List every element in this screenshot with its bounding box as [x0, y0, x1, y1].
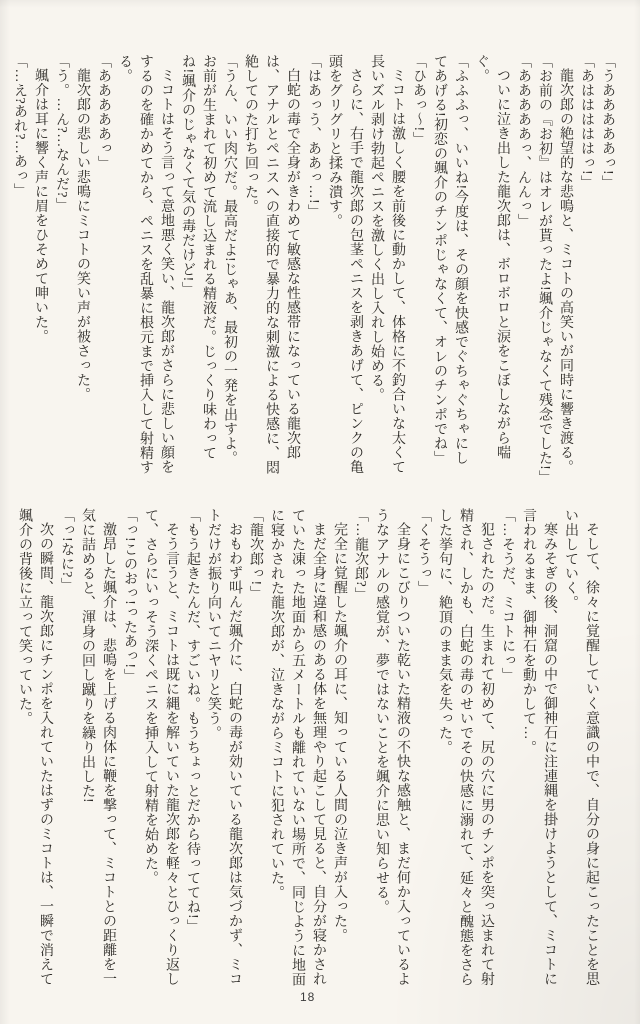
paragraph: そう言うと、ミコトは既に縄を解いていた龍次郎を軽々とひっくり返して、さらにいっそ… — [140, 508, 182, 990]
paragraph: 「うん、いい肉穴だ。最高だよ!じゃあ、最初の一発を出すよ。お前が生まれて初めて流… — [177, 54, 240, 478]
paragraph: 全身にこびりついた乾いた精液の不快な感触と、まだ何か入っているようなアナルの感覚… — [371, 508, 413, 990]
paragraph: 颯介は耳に響く声に眉をひそめて呻いた。 — [30, 54, 51, 478]
paragraph: まだ全身に違和感のある体を無理やり起こして見ると、自分が寝かされていた凍った地面… — [266, 508, 329, 990]
paragraph: 次の瞬間、龍次郎にチンポを入れていたはずのミコトは、一瞬で消えて颯介の背後に立っ… — [14, 508, 56, 990]
paragraph: ミコトは激しく腰を前後に動かして、体格に不釣合いな太くて長いズル剥け勃起ペニスを… — [366, 54, 408, 478]
paragraph: 「あああああっ、んんっ」 — [513, 54, 534, 478]
paragraph: 「あはははははっ!」 — [576, 54, 597, 478]
paragraph: 激昂した颯介は、悲鳴を上げる肉体に鞭を撃って、ミコトとの距離を一気に詰めると、渾… — [77, 508, 119, 990]
paragraph: 「くそうっ」 — [413, 508, 434, 990]
paragraph: 「ふふふっ、いいね!今度は、その顔を快感でぐちゃぐちゃにしてあげる!初恋の颯介の… — [429, 54, 471, 478]
paragraph: 「っ!なに?」 — [56, 508, 77, 990]
paragraph: 「はあっう、ああっ…!」 — [303, 54, 324, 478]
paragraph: 「…龍次郎?」 — [350, 508, 371, 990]
paragraph: 「…そうだ、ミコトにっ」 — [497, 508, 518, 990]
paragraph: さらに、右手で龍次郎の包茎ペニスを剥きあげて、ピンクの亀頭をグリグリと揉み潰す。 — [324, 54, 366, 478]
paragraph: 「もう起きたんだ、すごいね。もうちょっとだから待っててね!」 — [182, 508, 203, 990]
page-number: 18 — [300, 990, 315, 1004]
paragraph: 「お前の『お初』はオレが貰ったよ!颯介じゃなくて残念でした!」 — [534, 54, 555, 478]
paragraph: 犯されたのだ。生まれて初めて、尻の穴に男のチンポを突っ込まれて射精され、しかも、… — [434, 508, 497, 990]
paragraph: 龍次郎の悲しい悲鳴にミコトの笑い声が被さった。 — [72, 54, 93, 478]
text-block-bottom: そして、徐々に覚醒していく意識の中で、自分の身に起こったことを思い出していく。 … — [20, 508, 602, 990]
paragraph: 寒みそぎの後、洞窟の中で御神石に注連縄を掛けようとして、ミコトに言われるまま、御… — [518, 508, 560, 990]
paragraph: 「ひあっ〜!」 — [408, 54, 429, 478]
paragraph: 「…え?あれ?…あっ」 — [9, 54, 30, 478]
paragraph: 完全に覚醒した颯介の耳に、知っている人間の泣き声が入った。 — [329, 508, 350, 990]
paragraph: おもわず叫んだ颯介に、白蛇の毒が効いている龍次郎は気づかず、ミコトだけが振り向い… — [203, 508, 245, 990]
paragraph: ついに泣き出した龍次郎は、ボロボロと涙をこぼしながら喘ぐ。 — [471, 54, 513, 478]
paragraph: ミコトはそう言って意地悪く笑い、龍次郎がさらに悲しい顔をするのを確かめてから、ペ… — [114, 54, 177, 478]
paragraph: 「う。…ん?…なんだ?」 — [51, 54, 72, 478]
paragraph: 「っ!このおっ!ったあっ!」 — [119, 508, 140, 990]
paragraph: 「龍次郎っ!」 — [245, 508, 266, 990]
text-block-top: 「うあああああっ!」 「あはははははっ!」 龍次郎の絶望的な悲鳴と、ミコトの高笑… — [20, 54, 618, 478]
paragraph: 白蛇の毒で全身がきわめて敏感な性感帯になっている龍次郎は、アナルとペニスへの直接… — [240, 54, 303, 478]
scanned-book-page: 「うあああああっ!」 「あはははははっ!」 龍次郎の絶望的な悲鳴と、ミコトの高笑… — [0, 0, 640, 1024]
paragraph: 「あああああっ」 — [93, 54, 114, 478]
paragraph: 「うあああああっ!」 — [597, 54, 618, 478]
paragraph: 龍次郎の絶望的な悲鳴と、ミコトの高笑いが同時に響き渡る。 — [555, 54, 576, 478]
paragraph: そして、徐々に覚醒していく意識の中で、自分の身に起こったことを思い出していく。 — [560, 508, 602, 990]
